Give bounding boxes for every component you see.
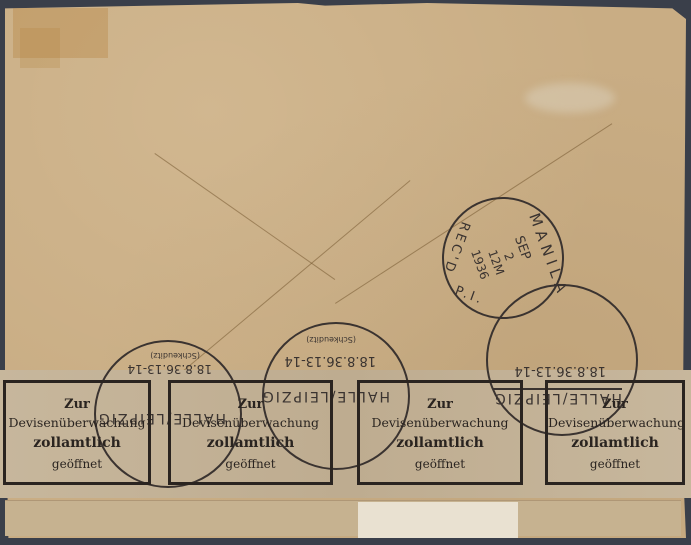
sealing-tape [5,500,681,536]
stain [20,28,60,68]
postmark-day: 2 [501,251,517,263]
customs-label: Zur Devisenüberwachung zollamtlich geöff… [3,380,151,485]
tape-torn-area [358,502,518,538]
customs-label: Zur Devisenüberwachung zollamtlich geöff… [357,380,523,485]
worn-patch [525,83,615,113]
customs-label: Zur Devisenüberwachung zollamtlich geöff… [168,380,333,485]
postmark-date: 18.8.36.13-14 [514,363,606,378]
postmark-subtitle: (Schkeuditz) [306,335,356,344]
postmark-subtitle: (Schkeuditz) [150,351,200,360]
customs-label: Zur Devisenüberwachung zollamtlich geöff… [545,380,685,485]
flap-crease [154,153,335,280]
postmark-date: 18.8.36.13-14 [284,353,376,368]
postmark-date: 18.8.36.13-14 [128,362,213,376]
